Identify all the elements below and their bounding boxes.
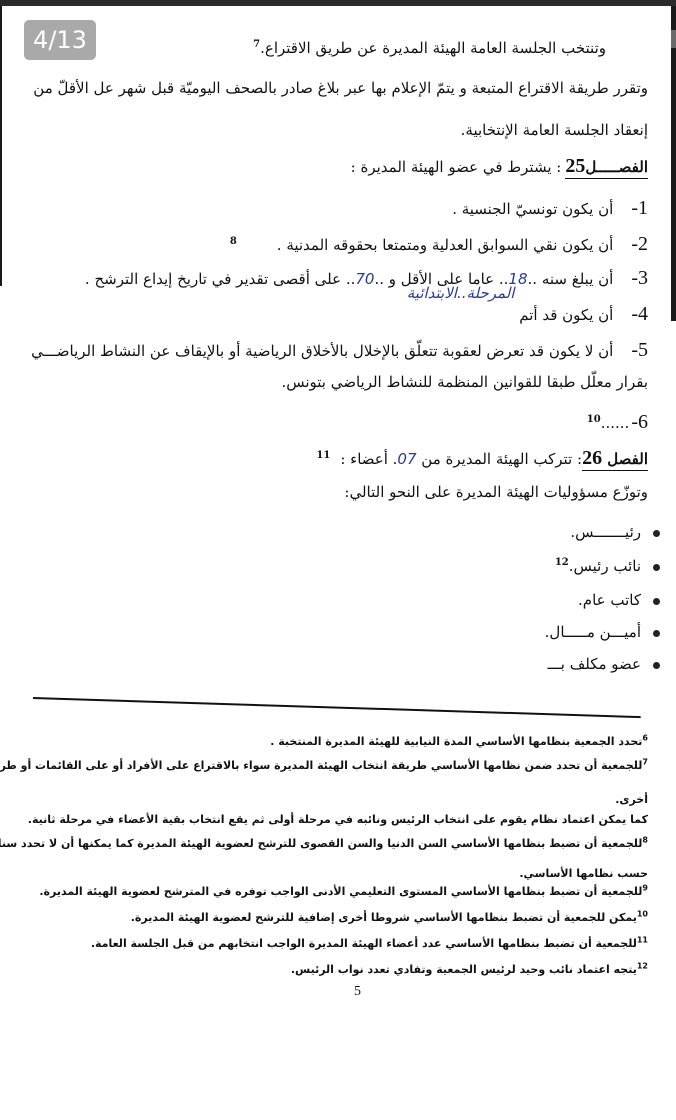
- scan-edge-mark: [671, 30, 676, 48]
- footnote-number: 6: [642, 733, 648, 742]
- role-label: رئيـــــــس.: [570, 523, 641, 541]
- paragraph-election-text: وتنتخب الجلسة العامة الهيئة المديرة عن ط…: [260, 39, 606, 57]
- chapter-26-text: . أعضاء :: [340, 450, 397, 468]
- bullet-icon: [653, 530, 660, 537]
- footnote-ref-8[interactable]: 8: [230, 236, 237, 247]
- page-number: 5: [354, 984, 361, 1000]
- chapter-25-heading: الفصـــــل25: يشترط في عضو الهيئة المدير…: [351, 156, 648, 177]
- condition-number: 3-: [631, 268, 648, 288]
- condition-text: أن يكون نقي السوابق العدلية ومتمتعا بحقو…: [277, 236, 614, 254]
- footnote-7-cont-2: كما يمكن اعتماد نظام يقوم على انتخاب الر…: [28, 812, 648, 827]
- scan-edge-right: [671, 6, 676, 321]
- footnote-10: 10يمكن للجمعية أن تضبط بنظامها الأساسي ش…: [131, 910, 648, 925]
- condition-6: 6-......10: [587, 412, 648, 433]
- bullet-icon: [653, 598, 660, 605]
- handwritten-education-level: المرحلة..الابتدائية: [407, 284, 515, 302]
- chapter-26-heading: الفصل 26: تتركب الهيئة المديرة من 07. أع…: [316, 448, 648, 469]
- condition-1: 1-أن يكون تونسيّ الجنسية .: [452, 198, 648, 219]
- footnote-8-cont: حسب نظامها الأساسي.: [519, 866, 648, 881]
- condition-text: أن يبلغ سنه ..: [528, 270, 614, 288]
- viewer-top-bar: [0, 0, 676, 6]
- chapter-26-text: : تتركب الهيئة المديرة من: [417, 450, 583, 468]
- condition-4: 4-أن يكون قد أتم المرحلة..الابتدائية: [407, 304, 648, 325]
- footnote-8: 8للجمعية أن تضبط بنظامها الأساسي السن ال…: [0, 836, 648, 851]
- footnote-number: 11: [637, 935, 648, 944]
- role-item: نائب رئيس.12: [555, 556, 660, 576]
- footnote-number: 8: [642, 835, 648, 844]
- condition-text: أن لا يكون قد تعرض لعقوبة تتعلّق بالإخلا…: [31, 342, 613, 360]
- footnote-number: 12: [637, 961, 648, 970]
- bullet-icon: [653, 630, 660, 637]
- footnote-text: أخرى.: [615, 793, 648, 806]
- paragraph-voting-method-text: وتقرر طريقة الاقتراع المتبعة و يتمّ الإع…: [33, 79, 648, 97]
- footnote-7-cont-1: أخرى.: [615, 792, 648, 807]
- condition-5: 5-أن لا يكون قد تعرض لعقوبة تتعلّق بالإخ…: [31, 340, 648, 361]
- condition-number: 4-: [631, 304, 648, 324]
- role-item: كاتب عام.: [578, 590, 660, 610]
- handwritten-member-count: 07: [397, 450, 416, 468]
- footnote-text: كما يمكن اعتماد نظام يقوم على انتخاب الر…: [28, 813, 648, 826]
- role-item: عضو مكلف بـــ: [548, 654, 660, 674]
- footnote-ref-11[interactable]: 11: [316, 450, 330, 461]
- condition-number: 2-: [631, 234, 648, 254]
- footnote-number: 9: [642, 883, 648, 892]
- condition-number: 1-: [631, 198, 648, 218]
- role-item: رئيـــــــس.: [570, 522, 660, 542]
- footnote-ref-10[interactable]: 10: [587, 414, 601, 425]
- footnote-11: 11للجمعية أن تضبط بنظامها الأساسي عدد أع…: [91, 936, 648, 951]
- condition-3: 3-أن يبلغ سنه ..18.. عاما على الأقل و ..…: [85, 268, 648, 289]
- footnote-ref-12[interactable]: 12: [555, 557, 569, 568]
- footnote-6: 6تحدد الجمعية بنظامها الأساسي المدة الني…: [270, 734, 648, 749]
- page-indicator-badge: 4/13: [24, 20, 96, 60]
- paragraph-election: وتنتخب الجلسة العامة الهيئة المديرة عن ط…: [253, 38, 606, 58]
- footnote-text: للجمعية أن تضبط بنظامها الأساسي المستوى …: [39, 885, 642, 898]
- footnote-9: 9للجمعية أن تضبط بنظامها الأساسي المستوى…: [39, 884, 648, 899]
- condition-text: .. على أقصى تقدير في تاريخ إيداع الترشح …: [85, 270, 355, 288]
- condition-5-continued: بقرار معلّل طبقا للقوانين المنظمة للنشاط…: [281, 372, 648, 392]
- footnote-divider: [33, 697, 641, 718]
- footnote-number: 10: [637, 909, 648, 918]
- chapter-26-label: الفصل 26: [582, 450, 648, 471]
- footnote-text: للجمعية أن تضبط بنظامها الأساسي السن الد…: [0, 837, 642, 850]
- bullet-icon: [653, 564, 660, 571]
- role-item: أميـــن مـــــال.: [545, 622, 660, 642]
- footnote-text: يمكن للجمعية أن تضبط بنظامها الأساسي شرو…: [131, 911, 637, 924]
- footnote-text: حسب نظامها الأساسي.: [519, 867, 648, 880]
- paragraph-voting-method-line2: إنعقاد الجلسة العامة الإنتخابية.: [461, 120, 648, 140]
- handwritten-max-age: 70: [355, 270, 374, 288]
- distribution-intro-text: وتوزّع مسؤوليات الهيئة المديرة على النحو…: [344, 483, 648, 501]
- condition-text: أن يكون تونسيّ الجنسية .: [452, 200, 613, 218]
- footnote-number: 7: [642, 757, 648, 766]
- footnote-12: 12يتجه اعتماد نائب وحيد لرئيس الجمعية وت…: [291, 962, 648, 977]
- paragraph-voting-method-text-2: إنعقاد الجلسة العامة الإنتخابية.: [461, 121, 648, 139]
- bullet-icon: [653, 662, 660, 669]
- footnote-7: 7للجمعية أن تحدد ضمن نظامها الأساسي طريق…: [0, 758, 648, 773]
- footnote-text: للجمعية أن تحدد ضمن نظامها الأساسي طريقة…: [0, 759, 642, 772]
- role-label: أميـــن مـــــال.: [545, 623, 641, 641]
- condition-text: بقرار معلّل طبقا للقوانين المنظمة للنشاط…: [281, 373, 648, 391]
- footnote-text: يتجه اعتماد نائب وحيد لرئيس الجمعية وتفا…: [291, 963, 637, 976]
- role-label: نائب رئيس.: [569, 557, 641, 575]
- chapter-25-text: : يشترط في عضو الهيئة المديرة :: [351, 158, 562, 176]
- condition-2: 2-أن يكون نقي السوابق العدلية ومتمتعا بح…: [230, 234, 648, 255]
- distribution-intro: وتوزّع مسؤوليات الهيئة المديرة على النحو…: [344, 482, 648, 502]
- condition-number: 6-: [631, 412, 648, 432]
- chapter-25-label: الفصـــــل25: [565, 158, 648, 179]
- footnote-text: تحدد الجمعية بنظامها الأساسي المدة النيا…: [270, 735, 642, 748]
- role-label: عضو مكلف بـــ: [548, 655, 641, 673]
- paragraph-voting-method-line1: وتقرر طريقة الاقتراع المتبعة و يتمّ الإع…: [33, 78, 648, 98]
- condition-number: 5-: [631, 340, 648, 360]
- condition-text: أن يكون قد أتم: [514, 306, 613, 324]
- footnote-text: للجمعية أن تضبط بنظامها الأساسي عدد أعضا…: [91, 937, 637, 950]
- condition-text: ......: [601, 414, 630, 432]
- scan-edge-left: [0, 6, 2, 286]
- role-label: كاتب عام.: [578, 591, 641, 609]
